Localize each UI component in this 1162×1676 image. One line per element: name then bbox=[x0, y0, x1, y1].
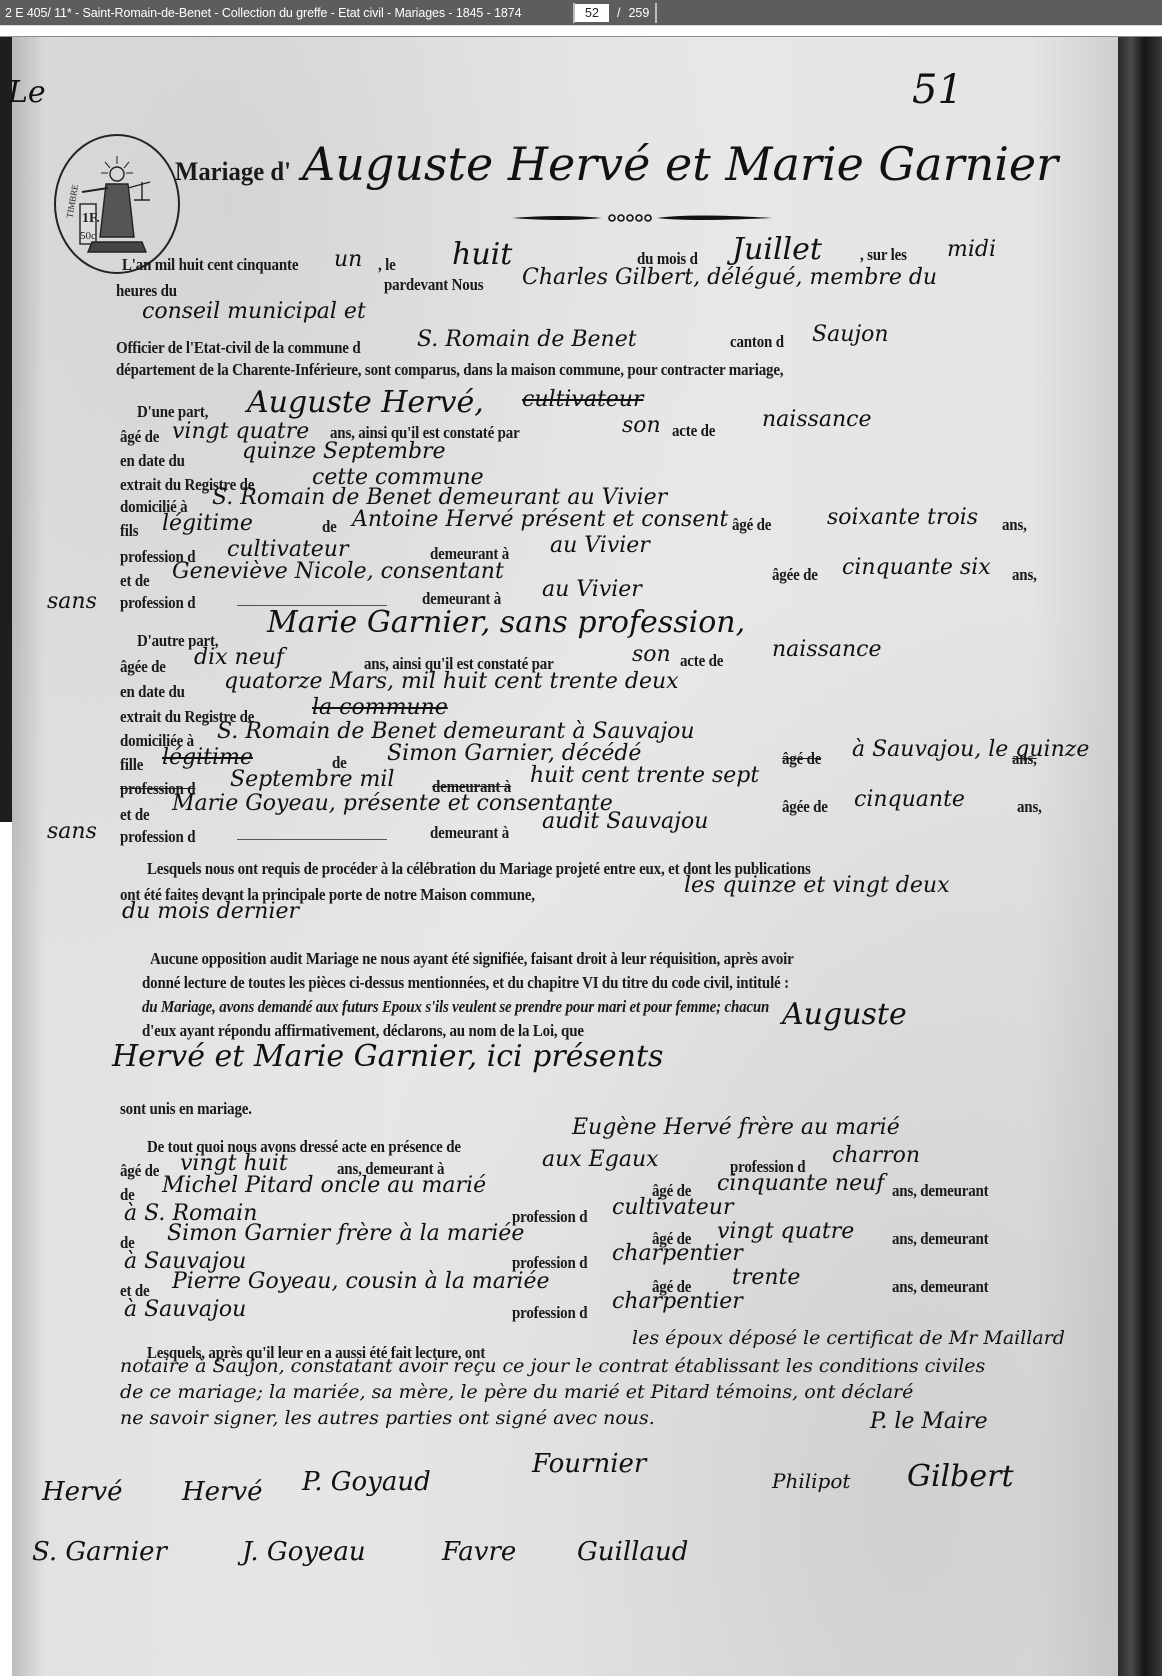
signature: Fournier bbox=[532, 1449, 646, 1479]
signature: J. Goyeau bbox=[242, 1537, 366, 1567]
signature: Favre bbox=[442, 1537, 516, 1567]
signature: P. Goyaud bbox=[302, 1467, 431, 1497]
book-binding bbox=[1118, 37, 1162, 1676]
tax-stamp: 1F. 50c TIMBRE bbox=[54, 134, 180, 274]
document-title: 2 E 405/ 11* - Saint-Romain-de-Benet - C… bbox=[0, 6, 522, 20]
svg-text:1F.: 1F. bbox=[82, 211, 100, 226]
toolbar-gap bbox=[0, 26, 1162, 37]
justice-figure-icon: 1F. 50c TIMBRE bbox=[62, 142, 172, 267]
heading-printed: Mariage d' bbox=[175, 157, 291, 187]
total-pages: 259 bbox=[628, 6, 649, 20]
scanned-register-page: Le 51 1F. 50c TIMBRE bbox=[12, 37, 1120, 1676]
svg-text:50c: 50c bbox=[80, 230, 96, 242]
signature: Hervé bbox=[182, 1477, 263, 1507]
signature: Hervé bbox=[42, 1477, 123, 1507]
act-number: 51 bbox=[912, 67, 963, 113]
signature: S. Garnier bbox=[32, 1537, 167, 1567]
heading-names: Auguste Hervé et Marie Garnier bbox=[302, 137, 1058, 191]
svg-text:TIMBRE: TIMBRE bbox=[64, 183, 80, 219]
signature: Philipot bbox=[772, 1469, 850, 1493]
divider-ornament-icon bbox=[512, 213, 772, 223]
page-number-input[interactable] bbox=[575, 4, 609, 22]
page-separator: / bbox=[617, 6, 620, 20]
viewer-edge bbox=[0, 822, 12, 1676]
document-viewer[interactable]: Le 51 1F. 50c TIMBRE bbox=[0, 37, 1162, 1676]
page-navigator: / 259 bbox=[573, 3, 657, 23]
signature: Guillaud bbox=[577, 1537, 688, 1567]
margin-note: Le bbox=[8, 75, 46, 110]
pager-divider bbox=[655, 3, 657, 23]
mayor-note: P. le Maire bbox=[870, 1409, 988, 1434]
signature: Gilbert bbox=[907, 1459, 1014, 1494]
viewer-toolbar: 2 E 405/ 11* - Saint-Romain-de-Benet - C… bbox=[0, 0, 1162, 26]
